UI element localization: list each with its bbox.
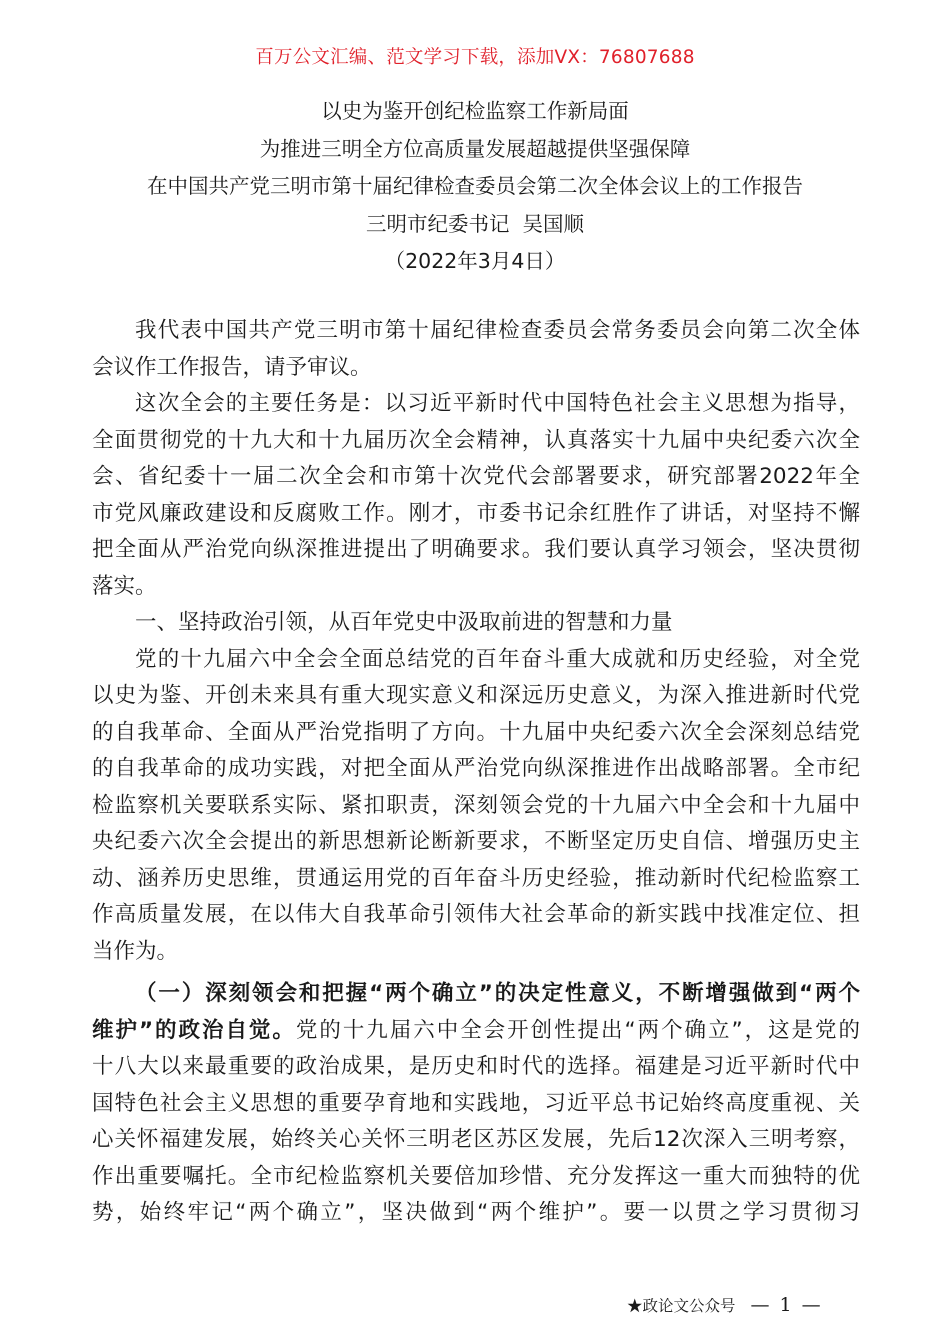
text-line: 心关怀福建发展，始终关心关怀三明老区苏区发展，先后12次深入三明考察， [92,1122,860,1159]
document-page: 百万公文汇编、范文学习下载，添加VX：76807688 以史为鉴开创纪检监察工作… [0,0,950,1344]
text-line: 落实。 [92,569,860,606]
text-line: 全面贯彻党的十九大和十九届历次全会精神，认真落实十九届中央纪委六次全 [92,423,860,460]
subsection-heading-end: 维护”的政治自觉。 [92,1018,296,1043]
text-line: 党的十九届六中全会全面总结党的百年奋斗重大成就和历史经验，对全党 [92,642,860,679]
page-footer: ★政论文公众号 — 1 — [627,1294,823,1316]
text-line: 以史为鉴、开创未来具有重大现实意义和深远历史意义，为深入推进新时代党 [92,678,860,715]
text-line: 国特色社会主义思想的重要孕育地和实践地，习近平总书记始终高度重视、关 [92,1086,860,1123]
text-line: 我代表中国共产党三明市第十届纪律检查委员会常务委员会向第二次全体 [92,313,860,350]
text-line: 检监察机关要联系实际、紧扣职责，深刻领会党的十九届六中全会和十九届中 [92,788,860,825]
author-line: 三明市纪委书记 吴国顺 [0,206,950,244]
paragraph-task: 这次全会的主要任务是：以习近平新时代中国特色社会主义思想为指导， 全面贯彻党的十… [92,386,860,605]
text-line: 十八大以来最重要的政治成果，是历史和时代的选择。福建是习近平新时代中 [92,1049,860,1086]
text-line: 当作为。 [92,934,860,971]
text-line: 会、省纪委十一届二次全会和市第十次党代会部署要求，研究部署2022年全 [92,459,860,496]
text-line: 势，始终牢记“两个确立”，坚决做到“两个维护”。要一以贯之学习贯彻习 [92,1195,860,1232]
subtitle: 为推进三明全方位高质量发展超越提供坚强保障 [0,131,950,169]
text-line: 作出重要嘱托。全市纪检监察机关要倍加珍惜、充分发挥这一重大而独特的优 [92,1159,860,1196]
text-line: 作高质量发展，在以伟大自我革命引领伟大社会革命的新实践中找准定位、担 [92,897,860,934]
text-line: 这次全会的主要任务是：以习近平新时代中国特色社会主义思想为指导， [92,386,860,423]
watermark-banner: 百万公文汇编、范文学习下载，添加VX：76807688 [0,44,950,72]
text-line: 市党风廉政建设和反腐败工作。刚才，市委书记余红胜作了讲话，对坚持不懈 [92,496,860,533]
paragraph-intro: 我代表中国共产党三明市第十届纪律检查委员会常务委员会向第二次全体 会议作工作报告… [92,313,860,386]
report-date: （2022年3月4日） [0,243,950,281]
title-block: 以史为鉴开创纪检监察工作新局面 为推进三明全方位高质量发展超越提供坚强保障 在中… [0,93,950,281]
text-line: 动、涵养历史思维，贯通运用党的百年奋斗历史经验，推动新时代纪检监察工 [92,861,860,898]
text-line: 会议作工作报告，请予审议。 [92,350,860,387]
main-title: 以史为鉴开创纪检监察工作新局面 [0,93,950,131]
footer-source: ★政论文公众号 [627,1297,736,1315]
paragraph-history: 党的十九届六中全会全面总结党的百年奋斗重大成就和历史经验，对全党 以史为鉴、开创… [92,642,860,971]
text-line: 的自我革命的成功实践，对把全面从严治党向纵深推进作出战略部署。全市纪 [92,751,860,788]
subsection-heading: （一）深刻领会和把握“两个确立”的决定性意义，不断增强做到“两个 [92,976,860,1013]
report-body: 我代表中国共产党三明市第十届纪律检查委员会常务委员会向第二次全体 会议作工作报告… [92,313,860,1232]
text-line: 央纪委六次全会提出的新思想新论断新要求，不断坚定历史自信、增强历史主 [92,824,860,861]
text-span: 党的十九届六中全会开创性提出“两个确立”，这是党的 [296,1018,860,1043]
text-line: 维护”的政治自觉。党的十九届六中全会开创性提出“两个确立”，这是党的 [92,1013,860,1050]
page-number: — 1 — [750,1294,822,1316]
text-line: 把全面从严治党向纵深推进提出了明确要求。我们要认真学习领会，坚决贯彻 [92,532,860,569]
paragraph-two-establishments: （一）深刻领会和把握“两个确立”的决定性意义，不断增强做到“两个 维护”的政治自… [92,976,860,1232]
section-heading-1: 一、坚持政治引领，从百年党史中汲取前进的智慧和力量 [92,605,860,642]
text-line: 的自我革命、全面从严治党指明了方向。十九届中央纪委六次全会深刻总结党 [92,715,860,752]
report-occasion: 在中国共产党三明市第十届纪律检查委员会第二次全体会议上的工作报告 [0,168,950,206]
